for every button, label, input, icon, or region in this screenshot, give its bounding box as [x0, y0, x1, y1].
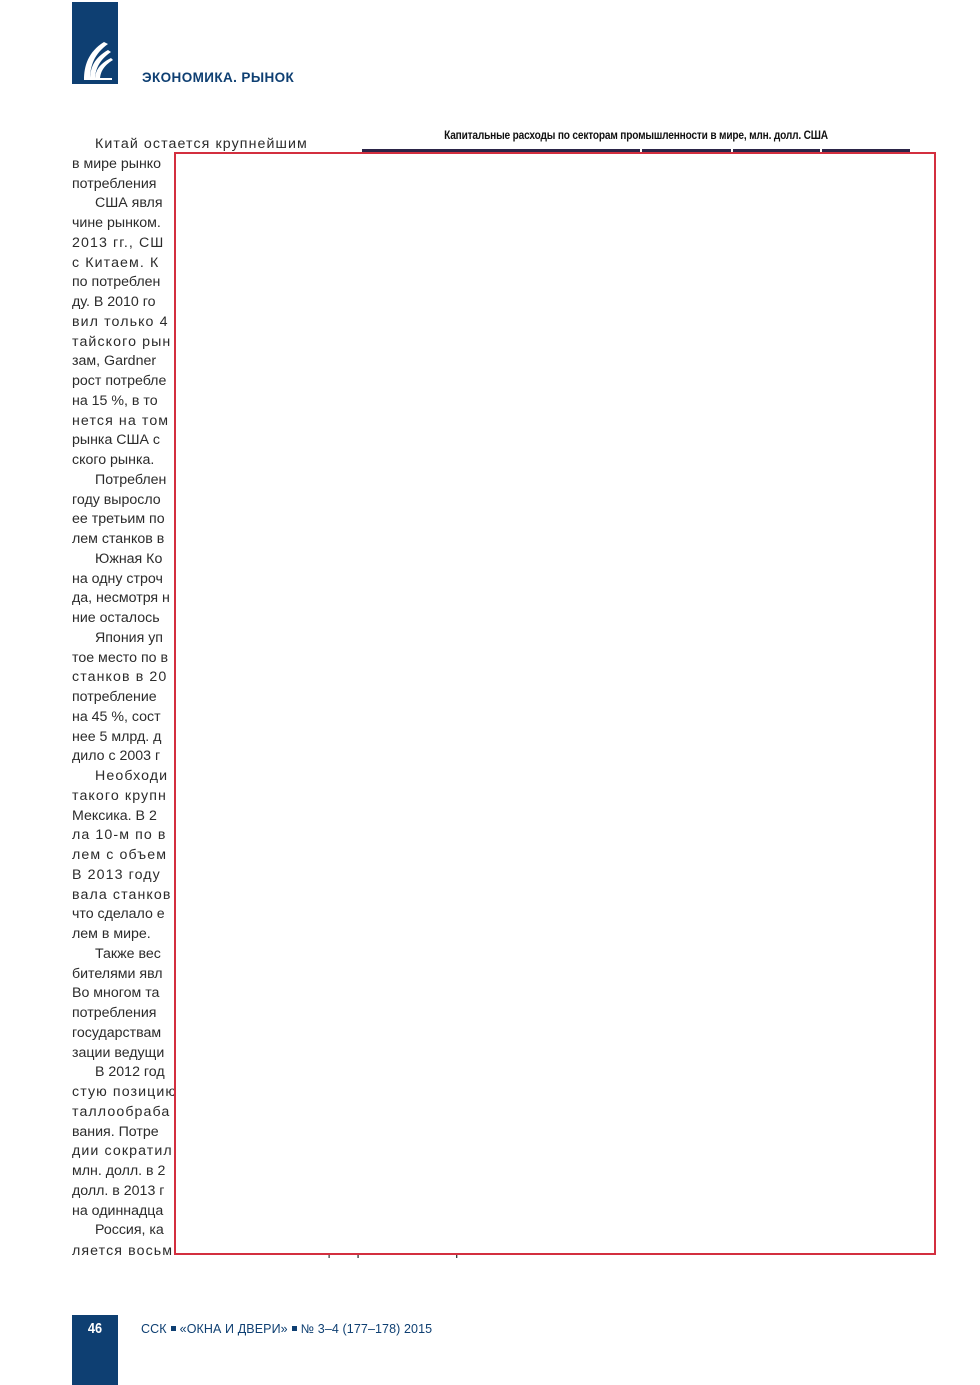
redacted-region — [174, 152, 936, 1255]
publisher-name: ССК — [141, 1322, 167, 1336]
magazine-name: «ОКНА И ДВЕРИ» — [180, 1322, 288, 1336]
page-number: 46 — [75, 1320, 114, 1337]
publication-footer: ССК«ОКНА И ДВЕРИ»№ 3–4 (177–178) 2015 — [141, 1322, 432, 1336]
separator-square-icon — [171, 1326, 176, 1331]
page-number-block: 46 — [72, 1315, 118, 1385]
table-caption: Капитальные расходы по секторам промышле… — [395, 130, 877, 142]
magazine-logo-block — [72, 2, 118, 84]
separator-square-icon — [292, 1326, 297, 1331]
issue-number: № 3–4 (177–178) 2015 — [301, 1322, 432, 1336]
section-title: ЭКОНОМИКА. РЫНОК — [142, 70, 294, 85]
company-logo-icon — [78, 38, 114, 82]
